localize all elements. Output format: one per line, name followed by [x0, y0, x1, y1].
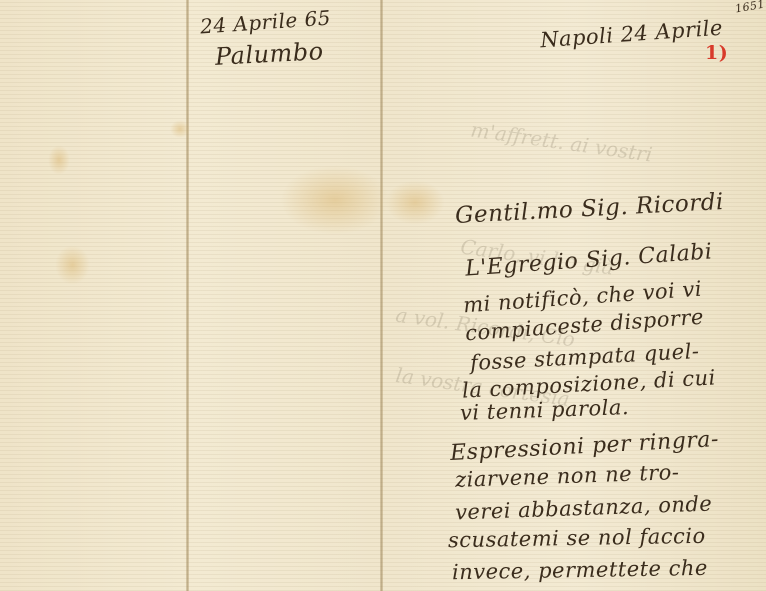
body-line: verei abbastanza, onde	[455, 492, 713, 525]
fold-line-left	[186, 0, 189, 591]
body-line: ziarvene non ne tro-	[455, 460, 680, 492]
body-line: invece, permettete che	[452, 556, 708, 584]
archive-number: 1651	[734, 0, 766, 16]
foxing-stain	[170, 120, 190, 138]
water-stain	[280, 165, 390, 235]
foxing-stain	[55, 245, 90, 285]
body-line: vi tenni parola.	[460, 395, 630, 425]
docket-date: 24 Aprile 65	[199, 5, 331, 38]
manuscript-sheet: m'affrett. ai vostri Carlo, vi ho già a …	[0, 0, 766, 591]
fold-line-right	[380, 0, 383, 591]
place-and-date: Napoli 24 Aprile	[539, 16, 723, 53]
foxing-stain	[48, 145, 70, 175]
salutation: Gentil.mo Sig. Ricordi	[455, 189, 725, 229]
docket-sender-name: Palumbo	[214, 37, 324, 71]
body-line: scusatemi se nol faccio	[448, 524, 706, 552]
water-stain	[385, 180, 445, 225]
bleed-through-text: m'affrett. ai vostri	[469, 117, 654, 166]
folio-number: 1)	[705, 42, 728, 64]
